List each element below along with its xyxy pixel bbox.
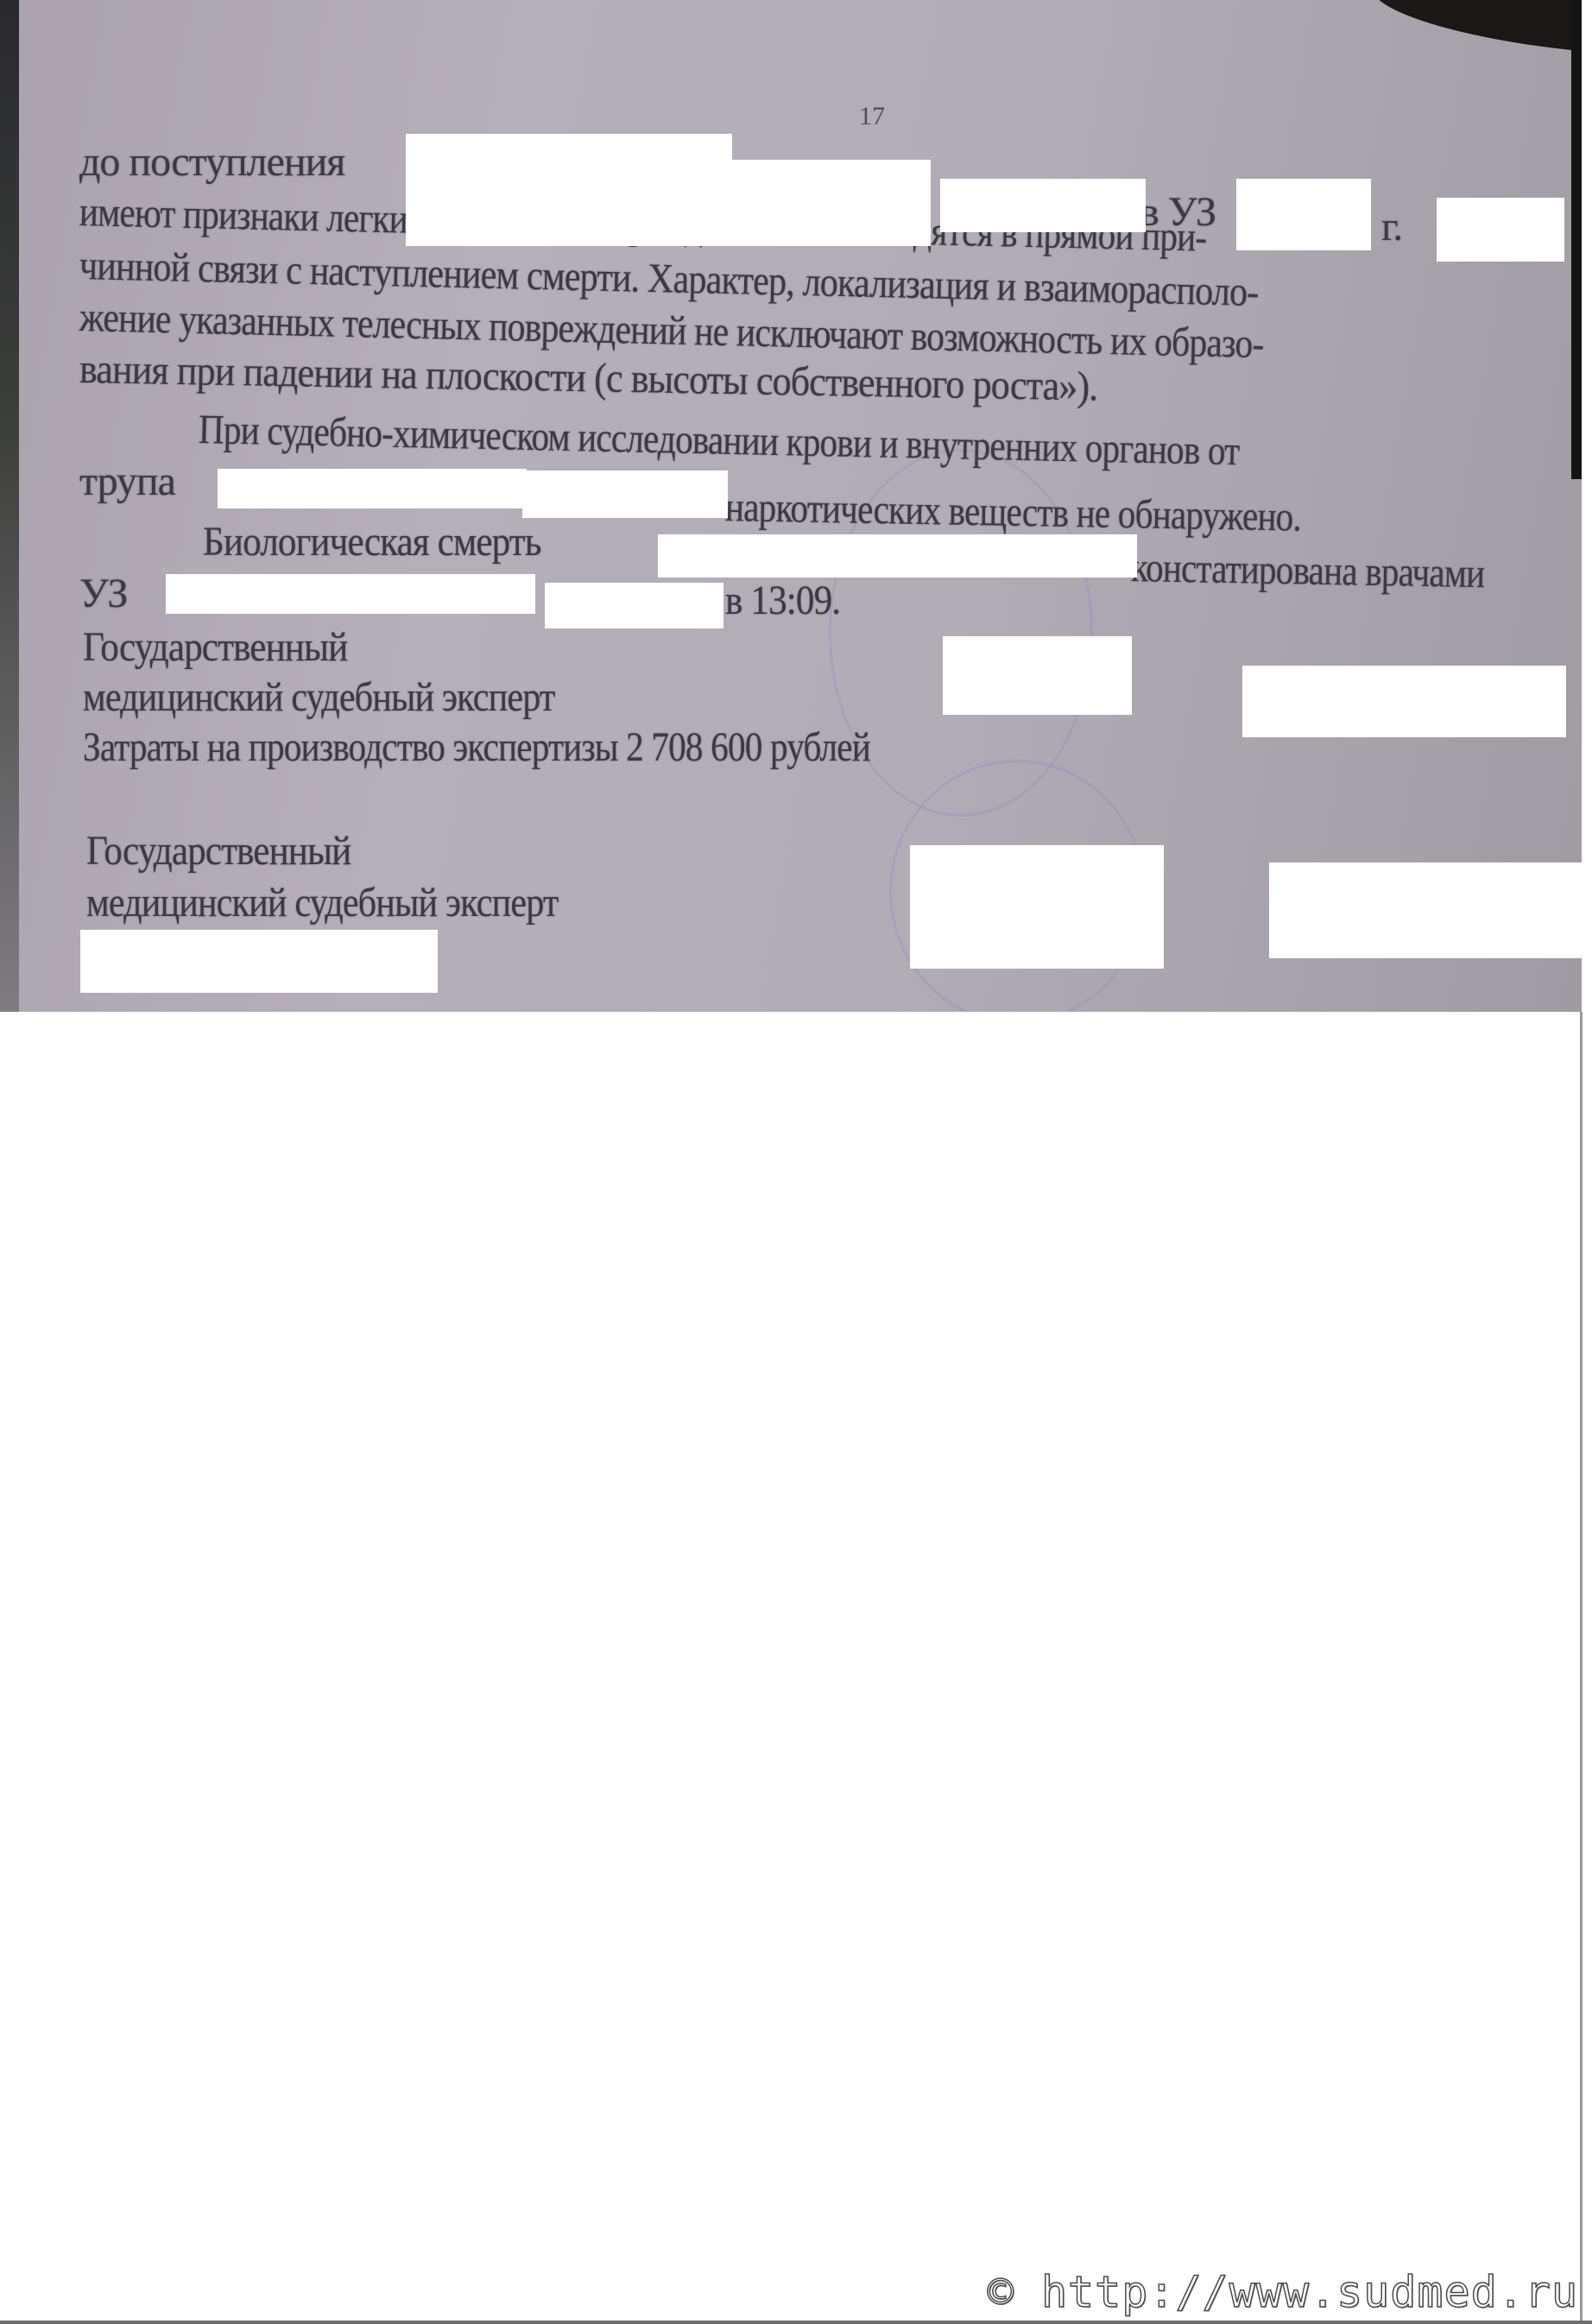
redaction-box	[658, 534, 1137, 578]
frame-border-bottom	[0, 2321, 1592, 2324]
text-line: медицинский судебный эксперт	[86, 879, 558, 926]
photo-background-left	[0, 0, 19, 1012]
text-line: Государственный	[83, 623, 347, 671]
redaction-box	[910, 845, 1164, 969]
watermark: © http://www.sudmed.ru	[988, 2267, 1578, 2317]
redaction-box	[730, 160, 931, 246]
redaction-box	[522, 470, 728, 518]
frame-border	[1580, 1012, 1583, 2322]
redaction-box	[1269, 862, 1582, 958]
document-photo: 17 до поступления в УЗ г. имеют признаки…	[0, 0, 1582, 1012]
text-line: до поступления	[79, 138, 344, 186]
redaction-box	[943, 636, 1132, 715]
text-line: медицинский судебный эксперт	[83, 673, 554, 721]
redaction-box	[940, 179, 1146, 232]
text-line: При судебно-химическом исследовании кров…	[198, 406, 1240, 475]
redaction-box	[80, 930, 438, 993]
redaction-box	[1242, 666, 1566, 737]
redaction-box	[545, 583, 723, 628]
page-number: 17	[859, 102, 885, 131]
text-line: г.	[1381, 203, 1402, 250]
redaction-box	[1236, 179, 1371, 250]
page-curl	[1373, 0, 1571, 50]
text-line: Государственный	[86, 827, 351, 875]
text-line: УЗ	[79, 570, 127, 617]
text-line: констатирована врачами	[1131, 544, 1485, 597]
redaction-box	[166, 574, 535, 614]
redaction-box	[1437, 198, 1564, 262]
text-line: Затраты на производство экспертизы 2 708…	[83, 723, 870, 771]
text-line: в 13:09.	[725, 577, 840, 624]
photo-background-right	[1571, 0, 1582, 479]
redaction-box	[406, 134, 732, 246]
redaction-box	[218, 469, 527, 508]
text-line: трупа	[79, 458, 175, 505]
text-line: Биологическая смерть	[203, 518, 541, 565]
text-line: наркотических веществ не обнаружено.	[725, 483, 1302, 541]
